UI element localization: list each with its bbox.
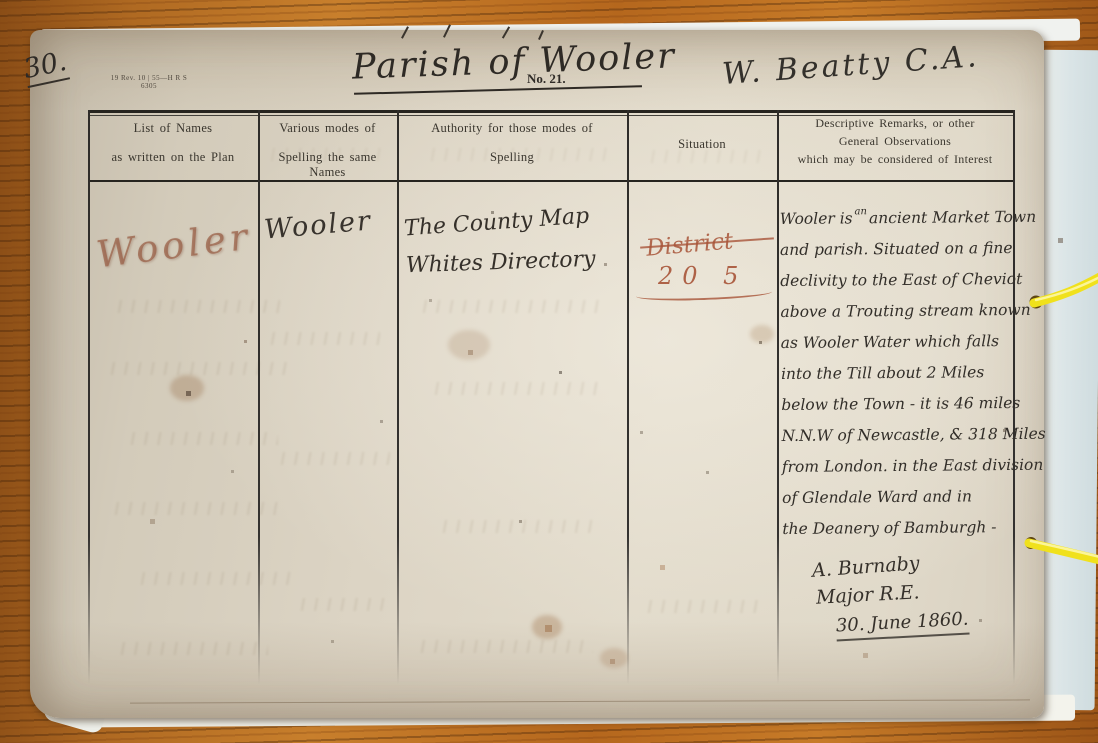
remarks-line: declivity to the East of Cheviot <box>780 264 1012 297</box>
entry-remarks: Wooler isanancient Market Town and paris… <box>779 195 1014 545</box>
header-col3-line1: Authority for those modes of <box>397 121 627 136</box>
remarks-line: N.N.W of Newcastle, & 318 Miles <box>781 419 1013 452</box>
page-stack-right-edge <box>1035 50 1098 711</box>
header-col3-line2: Spelling <box>397 150 627 165</box>
column-divider-1 <box>258 110 260 702</box>
bleedthrough-texture <box>115 300 280 313</box>
remarks-line1: Wooler isanancient Market Town <box>779 195 1011 235</box>
remarks-line: above a Trouting stream known <box>780 295 1012 328</box>
remarks-line: from London. in the East division <box>782 450 1014 483</box>
column-divider-4 <box>777 110 779 702</box>
remarks-line: as Wooler Water which falls <box>781 326 1013 359</box>
foxing-stain <box>170 375 204 401</box>
foxing-stain <box>600 648 628 668</box>
bleedthrough-texture <box>418 640 593 653</box>
remarks-line: the Deanery of Bamburgh - <box>782 512 1014 545</box>
bleedthrough-texture <box>128 432 278 445</box>
remarks-line: and parish. Situated on a fine <box>780 233 1012 266</box>
remarks-line1-pre: Wooler is <box>780 209 853 228</box>
entry-situation-number: 20 5 <box>658 262 747 290</box>
header-col1-line1: List of Names <box>88 121 258 136</box>
column-divider-2 <box>397 110 399 702</box>
bleedthrough-texture <box>268 332 380 345</box>
header-col5-line3: which may be considered of Interest <box>777 152 1013 167</box>
bleedthrough-texture <box>108 362 288 375</box>
remarks-line: of Glendale Ward and in <box>782 481 1014 514</box>
bleedthrough-texture <box>645 600 765 613</box>
bleedthrough-texture <box>298 598 393 611</box>
header-col2-line2: Spelling the same Names <box>258 150 397 180</box>
foxing-stain <box>750 325 774 343</box>
header-col5-line1: Descriptive Remarks, or other <box>777 116 1013 131</box>
bleedthrough-texture <box>138 572 296 585</box>
foxing-stain <box>532 615 562 639</box>
bleedthrough-texture <box>278 452 390 465</box>
foxing-stain <box>448 330 490 360</box>
bleedthrough-texture <box>440 520 600 533</box>
bleedthrough-texture <box>432 382 602 395</box>
paper-specks <box>0 0 1 1</box>
remarks-line1-post: ancient Market Town <box>869 208 1036 227</box>
table-left-border <box>88 110 90 702</box>
form-stamp-line1: 19 Rev. 10 | 55—H R S <box>94 74 204 82</box>
remarks-caret-insert: an <box>854 206 867 217</box>
photo-of-name-book-page: 30. 19 Rev. 10 | 55—H R S 6305 Parish of… <box>0 0 1098 743</box>
header-col2-line1: Various modes of <box>258 121 397 136</box>
bleedthrough-texture <box>118 642 268 655</box>
remarks-line: below the Town - it is 46 miles <box>781 388 1013 421</box>
table-top-border <box>88 110 1013 113</box>
header-bottom-border <box>88 180 1013 182</box>
sheet-number: No. 21. <box>527 71 566 87</box>
header-col5-line2: General Observations <box>777 134 1013 149</box>
form-stamp: 19 Rev. 10 | 55—H R S 6305 <box>94 74 204 90</box>
bleedthrough-texture <box>420 300 605 313</box>
column-divider-3 <box>627 110 629 702</box>
header-col1-line2: as written on the Plan <box>88 150 258 165</box>
remarks-line: into the Till about 2 Miles <box>781 357 1013 390</box>
header-col4-line1: Situation <box>627 137 777 152</box>
form-stamp-line2: 6305 <box>94 82 204 90</box>
